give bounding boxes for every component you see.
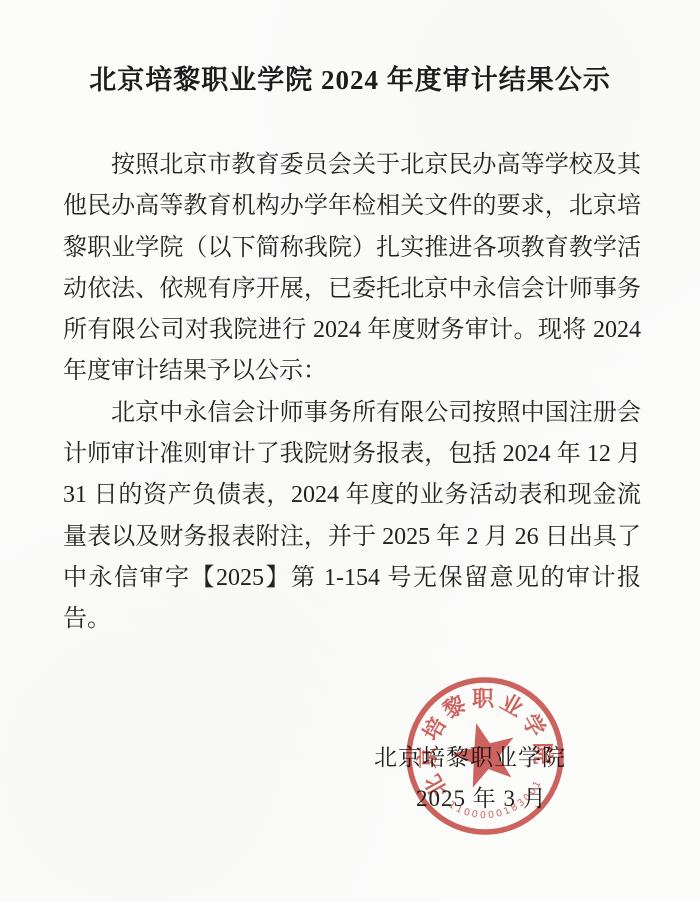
paragraph-2: 北京中永信会计师事务所有限公司按照中国注册会计师审计准则审计了我院财务报表，包括… [63, 393, 641, 641]
document-title: 北京培黎职业学院 2024 年度审计结果公示 [0, 58, 700, 97]
document-body: 按照北京市教育委员会关于北京民办高等学校及其他民办高等教育机构办学年检相关文件的… [63, 145, 641, 641]
signature-org-name: 北京培黎职业学院 [374, 739, 566, 772]
paragraph-1: 按照北京市教育委员会关于北京民办高等学校及其他民办高等教育机构办学年检相关文件的… [63, 145, 641, 393]
signature-date: 2025 年 3 月 [416, 780, 547, 813]
scanned-document-page: 北京培黎职业学院 2024 年度审计结果公示 按照北京市教育委员会关于北京民办高… [0, 0, 700, 902]
